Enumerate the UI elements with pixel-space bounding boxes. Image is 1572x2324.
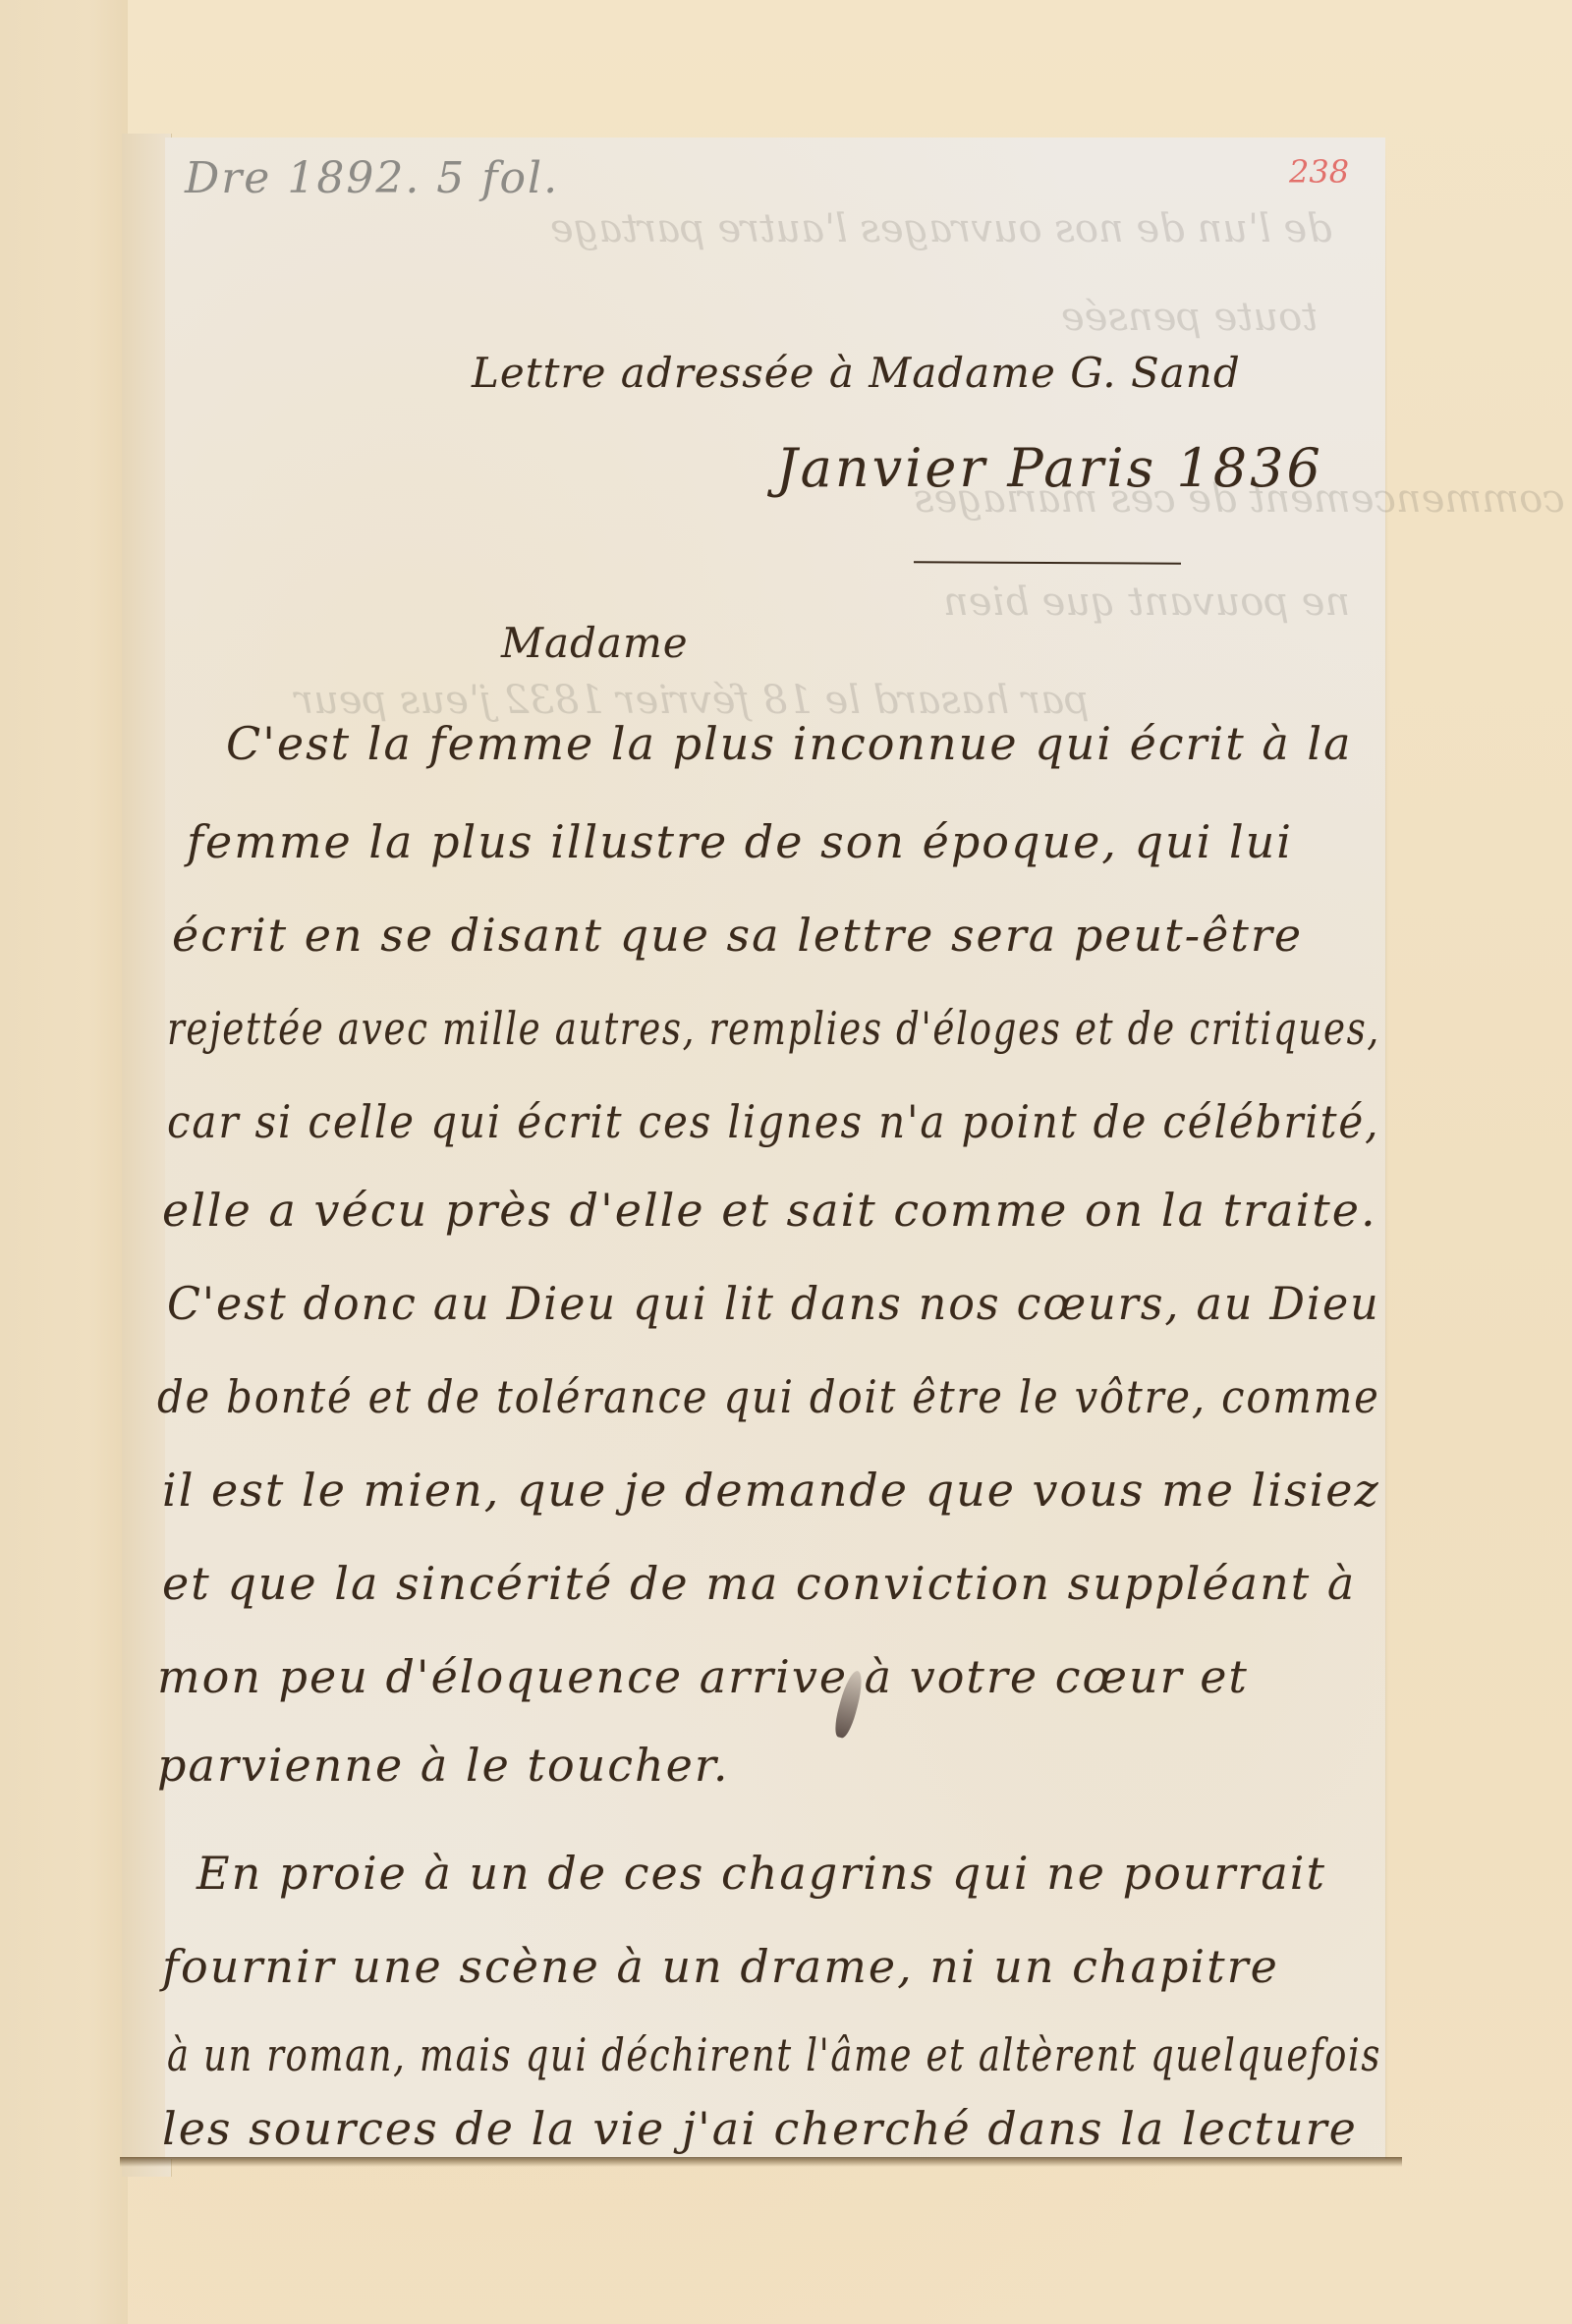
letter-body-line: mon peu d'éloquence arrive à votre cœur … [157, 1650, 1249, 1703]
letter-body-line: car si celle qui écrit ces lignes n'a po… [167, 1095, 1379, 1148]
bleed-through-text: toute pensée [1061, 295, 1318, 340]
letter-salutation: Madame [501, 619, 689, 667]
letter-body-line: fournir une scène à un drame, ni un chap… [162, 1940, 1279, 1993]
letter-body-line: rejettée avec mille autres, remplies d'é… [167, 1002, 1380, 1055]
letter-body-line: écrit en se disant que sa lettre sera pe… [172, 909, 1303, 962]
letter-body-line: il est le mien, que je demande que vous … [162, 1464, 1380, 1517]
letter-body-line: En proie à un de ces chagrins qui ne pou… [196, 1847, 1326, 1900]
letter-dateline: Janvier Paris 1836 [776, 437, 1323, 499]
archive-pencil-note: Dre 1892. 5 fol. [185, 153, 559, 203]
folio-number: 238 [1289, 153, 1349, 191]
letter-body-line: à un roman, mais qui déchirent l'âme et … [167, 2028, 1381, 2081]
letter-body-line: C'est la femme la plus inconnue qui écri… [226, 717, 1353, 770]
mounting-hinge [122, 134, 172, 2177]
letter-body-line: femme la plus illustre de son époque, qu… [187, 815, 1293, 868]
album-binding-strip [0, 0, 128, 2324]
letter-body-line: de bonté et de tolérance qui doit être l… [157, 1370, 1380, 1423]
letter-body-line: elle a vécu près d'elle et sait comme on… [162, 1184, 1377, 1237]
letter-body-line: C'est donc au Dieu qui lit dans nos cœur… [167, 1277, 1380, 1330]
letter-body-line: les sources de la vie j'ai cherché dans … [162, 2102, 1358, 2155]
letter-heading: Lettre adressée à Madame G. Sand [472, 349, 1241, 397]
bleed-through-text: de l'un de nos ouvrages l'autre partage [550, 206, 1332, 251]
letter-body-line: parvienne à le toucher. [157, 1739, 729, 1792]
bleed-through-text: ne pouvant que bien [943, 580, 1350, 625]
letter-bottom-shadow [120, 2157, 1402, 2167]
letter-body-line: et que la sincérité de ma conviction sup… [162, 1557, 1356, 1610]
